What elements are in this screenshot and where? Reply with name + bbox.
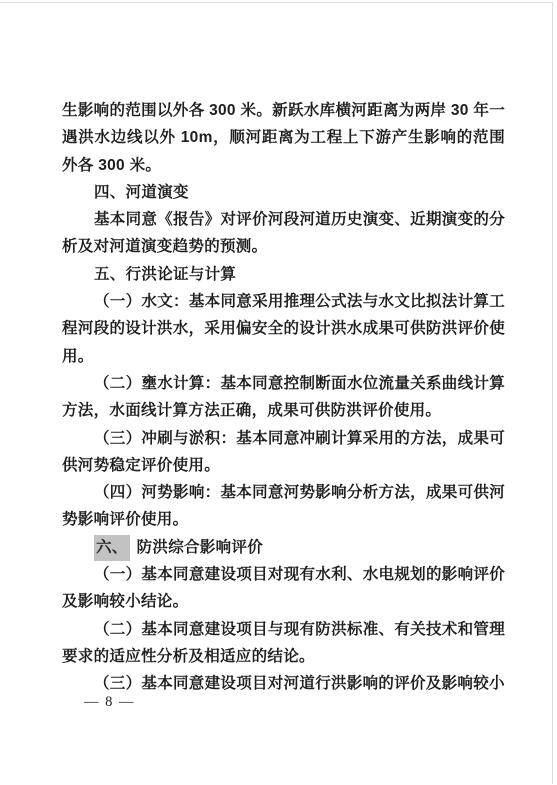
heading-line: 六、防洪综合影响评价 [62, 534, 505, 561]
text-line: （一）水文：基本同意采用推理公式法与水文比拟法计算工 [62, 288, 505, 315]
text-line: 遇洪水边线以外 10m，顺河距离为工程上下游产生影响的范围以 [62, 124, 505, 151]
document-page: 生影响的范围以外各 300 米。新跃水库横河距离为两岸 30 年一遇洪水边线以外… [0, 0, 557, 785]
text-line: 用。 [62, 343, 505, 370]
text-line: 供河势稳定评价使用。 [62, 452, 505, 479]
text-line: 要求的适应性分析及相适应的结论。 [62, 643, 505, 670]
text-line: 方法，水面线计算方法正确，成果可供防洪评价使用。 [62, 397, 505, 424]
text-line: （三）冲刷与淤积：基本同意冲刷计算采用的方法，成果可 [62, 425, 505, 452]
text-line: 及影响较小结论。 [62, 588, 505, 615]
text-line: 生影响的范围以外各 300 米。新跃水库横河距离为两岸 30 年一 [62, 97, 505, 124]
text-line: 势影响评价使用。 [62, 506, 505, 533]
text-line: 外各 300 米。 [62, 152, 505, 179]
heading-text: 防洪综合影响评价 [137, 539, 263, 556]
text-line: 析及对河道演变趋势的预测。 [62, 233, 505, 260]
heading-line: 四、河道演变 [62, 179, 505, 206]
page-number: — 8 — [84, 694, 135, 711]
heading-line: 五、行洪论证与计算 [62, 261, 505, 288]
highlighted-text: 六、 [94, 535, 130, 561]
document-text-block: 生影响的范围以外各 300 米。新跃水库横河距离为两岸 30 年一遇洪水边线以外… [62, 97, 505, 698]
text-line: （二）壅水计算：基本同意控制断面水位流量关系曲线计算 [62, 370, 505, 397]
text-line: （一）基本同意建设项目对现有水利、水电规划的影响评价 [62, 561, 505, 588]
text-line: （二）基本同意建设项目与现有防洪标准、有关技术和管理 [62, 616, 505, 643]
text-line: （四）河势影响：基本同意河势影响分析方法，成果可供河 [62, 479, 505, 506]
text-line: 基本同意《报告》对评价河段河道历史演变、近期演变的分 [62, 206, 505, 233]
text-line: 程河段的设计洪水，采用偏安全的设计洪水成果可供防洪评价使 [62, 315, 505, 342]
